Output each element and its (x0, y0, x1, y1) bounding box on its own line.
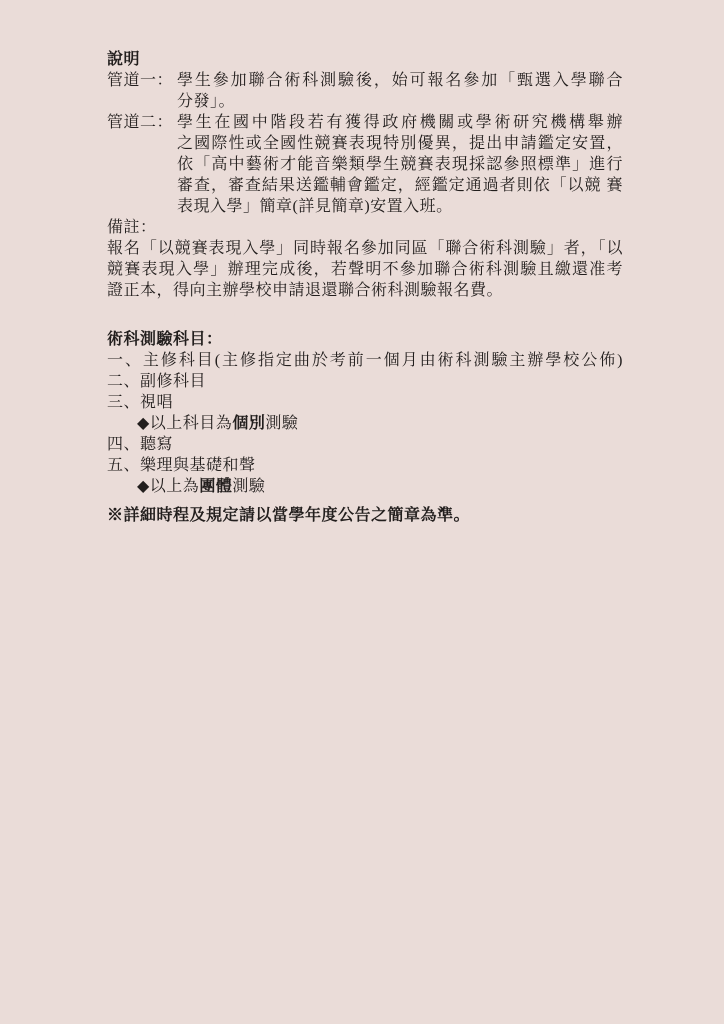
group-test-note-bold: 團體 (199, 478, 232, 495)
channel-2-line: 依「高中藝術才能音樂類學生競賽表現採認參照標準」進行 (177, 154, 623, 175)
channel-2-paragraph: 管道二： 學生在國中階段若有獲得政府機關或學術研究機構舉辦 之國際性或全國性競賽… (107, 112, 623, 217)
group-test-note-suffix: 測驗 (232, 478, 265, 495)
channel-2-line: 之國際性或全國性競賽表現特別優異，提出申請鑑定安置， (177, 133, 623, 154)
subject-item-major: 一、主修科目(主修指定曲於考前一個月由術科測驗主辦學校公佈) (107, 350, 623, 371)
note-line: 競賽表現入學」辦理完成後，若聲明不參加聯合術科測驗且繳還准考 (107, 259, 623, 280)
channel-2-line: 審查，審查結果送鑑輔會鑑定，經鑑定通過者則依「以競 賽 (177, 175, 623, 196)
subject-item-sight-singing: 三、視唱 (107, 392, 623, 413)
subject-item-dictation: 四、聽寫 (107, 434, 623, 455)
channel-2-line: 學生在國中階段若有獲得政府機關或學術研究機構舉辦 (177, 112, 623, 133)
channel-1-label: 管道一： (107, 70, 173, 91)
individual-test-note-suffix: 測驗 (265, 415, 298, 432)
note-line: 證正本，得向主辦學校申請退還聯合術科測驗報名費。 (107, 280, 623, 301)
document-page: 說明 管道一： 學生參加聯合術科測驗後，始可報名參加「甄選入學聯合 分發」。 管… (107, 49, 623, 526)
channel-1-line: 學生參加聯合術科測驗後，始可報名參加「甄選入學聯合 (177, 70, 623, 91)
individual-test-note-bold: 個別 (232, 415, 265, 432)
channel-2-label: 管道二： (107, 112, 173, 133)
subject-item-theory: 五、樂理與基礎和聲 (107, 455, 623, 476)
individual-test-note-prefix: ◆以上科目為 (137, 415, 232, 432)
note-heading: 備註： (107, 217, 623, 238)
channel-1-line: 分發」。 (177, 91, 623, 112)
footer-note: ※詳細時程及規定請以當學年度公告之簡章為準。 (107, 505, 623, 526)
group-test-note: ◆以上為團體測驗 (107, 476, 623, 497)
explanation-heading: 說明 (107, 49, 623, 70)
subjects-heading: 術科測驗科目： (107, 329, 623, 350)
group-test-note-prefix: ◆以上為 (137, 478, 199, 495)
channel-2-line: 表現入學」簡章(詳見簡章)安置入班。 (177, 196, 623, 217)
note-line: 報名「以競賽表現入學」同時報名參加同區「聯合術科測驗」者，「以 (107, 238, 623, 259)
subject-item-minor: 二、副修科目 (107, 371, 623, 392)
individual-test-note: ◆以上科目為個別測驗 (107, 413, 623, 434)
channel-1-paragraph: 管道一： 學生參加聯合術科測驗後，始可報名參加「甄選入學聯合 分發」。 (107, 70, 623, 112)
